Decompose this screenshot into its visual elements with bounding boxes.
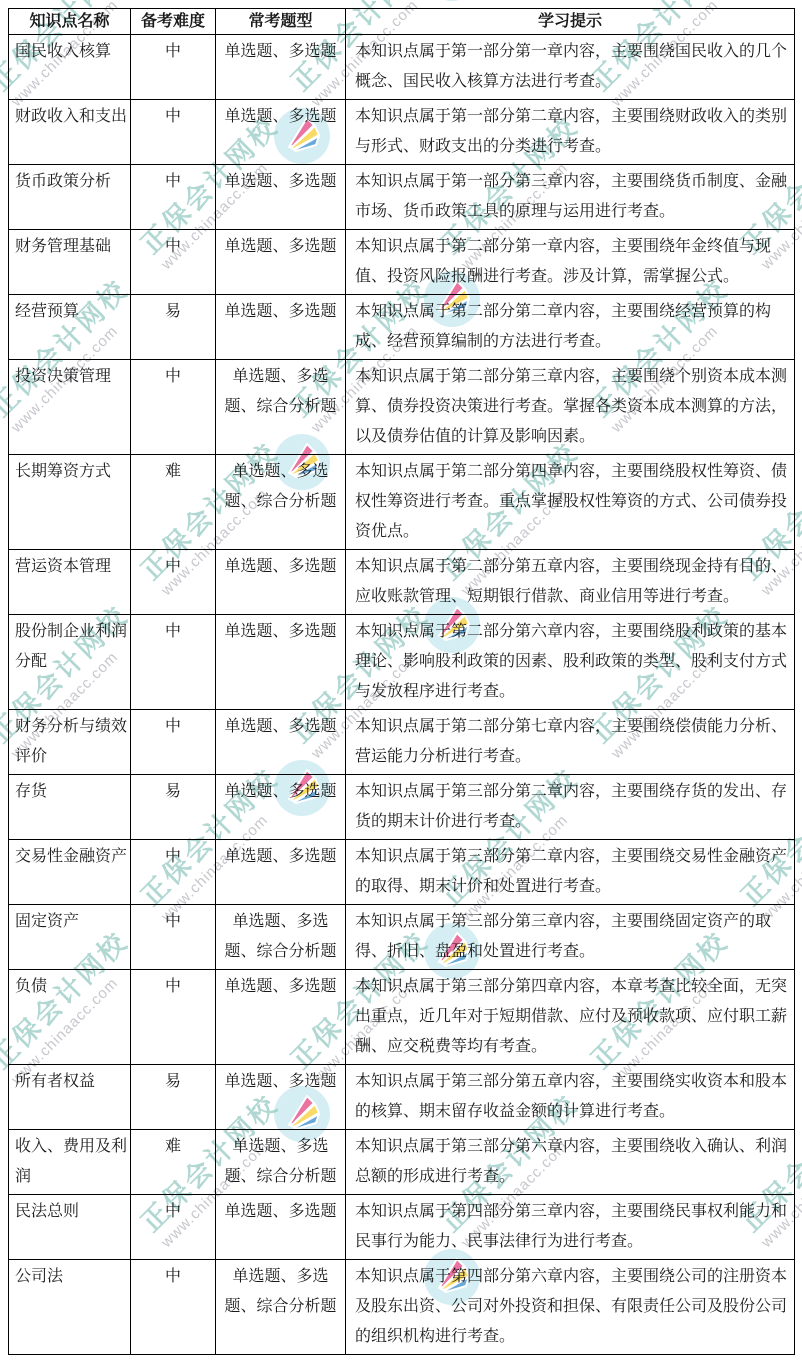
cell-question-types: 单选题、多选题 [216, 1195, 346, 1260]
cell-difficulty: 中 [131, 100, 216, 165]
table-row: 所有者权益 易 单选题、多选题 本知识点属于第三部分第五章内容，主要围绕实收资本… [9, 1065, 795, 1130]
table-row: 营运资本管理 中 单选题、多选题 本知识点属于第二部分第五章内容，主要围绕现金持… [9, 550, 795, 615]
cell-difficulty: 易 [131, 775, 216, 840]
column-header-difficulty: 备考难度 [131, 9, 216, 35]
cell-question-types: 单选题、多选题、综合分析题 [216, 905, 346, 970]
cell-difficulty: 中 [131, 1195, 216, 1260]
table-row: 财务管理基础 中 单选题、多选题 本知识点属于第二部分第一章内容，主要围绕年金终… [9, 230, 795, 295]
chinaacc-logo-icon [424, 0, 480, 6]
cell-knowledge-point: 国民收入核算 [9, 35, 131, 100]
cell-study-tips: 本知识点属于第二部分第四章内容，主要围绕股权性筹资、债权性筹资进行考查。重点掌握… [346, 455, 795, 550]
cell-study-tips: 本知识点属于第二部分第七章内容，主要围绕偿债能力分析、营运能力分析进行考查。 [346, 710, 795, 775]
cell-knowledge-point: 投资决策管理 [9, 360, 131, 455]
cell-difficulty: 难 [131, 1130, 216, 1195]
cell-question-types: 单选题、多选题 [216, 295, 346, 360]
cell-question-types: 单选题、多选题 [216, 710, 346, 775]
cell-difficulty: 难 [131, 455, 216, 550]
cell-difficulty: 易 [131, 1065, 216, 1130]
table-row: 民法总则 中 单选题、多选题 本知识点属于第四部分第三章内容，主要围绕民事权利能… [9, 1195, 795, 1260]
cell-difficulty: 中 [131, 35, 216, 100]
cell-study-tips: 本知识点属于第三部分第五章内容，主要围绕实收资本和股本的核算、期末留存收益金额的… [346, 1065, 795, 1130]
cell-knowledge-point: 所有者权益 [9, 1065, 131, 1130]
cell-question-types: 单选题、多选题 [216, 230, 346, 295]
cell-study-tips: 本知识点属于第四部分第六章内容，主要围绕公司的注册资本及股东出资、公司对外投资和… [346, 1260, 795, 1355]
cell-knowledge-point: 民法总则 [9, 1195, 131, 1260]
table-row: 财政收入和支出 中 单选题、多选题 本知识点属于第一部分第二章内容，主要围绕财政… [9, 100, 795, 165]
cell-knowledge-point: 营运资本管理 [9, 550, 131, 615]
cell-question-types: 单选题、多选题 [216, 840, 346, 905]
cell-question-types: 单选题、多选题 [216, 165, 346, 230]
table-row: 存货 易 单选题、多选题 本知识点属于第三部分第二章内容，主要围绕存货的发出、存… [9, 775, 795, 840]
cell-question-types: 单选题、多选题、综合分析题 [216, 455, 346, 550]
cell-knowledge-point: 经营预算 [9, 295, 131, 360]
cell-difficulty: 中 [131, 550, 216, 615]
cell-study-tips: 本知识点属于第三部分第六章内容，主要围绕收入确认、利润总额的形成进行考查。 [346, 1130, 795, 1195]
cell-study-tips: 本知识点属于第二部分第三章内容，主要围绕个别资本成本测算、债券投资决策进行考查。… [346, 360, 795, 455]
cell-knowledge-point: 财务管理基础 [9, 230, 131, 295]
cell-knowledge-point: 负债 [9, 970, 131, 1065]
cell-knowledge-point: 固定资产 [9, 905, 131, 970]
table-row: 国民收入核算 中 单选题、多选题 本知识点属于第一部分第一章内容，主要围绕国民收… [9, 35, 795, 100]
cell-study-tips: 本知识点属于第二部分第五章内容，主要围绕现金持有目的、应收账款管理、短期银行借款… [346, 550, 795, 615]
cell-question-types: 单选题、多选题 [216, 775, 346, 840]
column-header-study-tips: 学习提示 [346, 9, 795, 35]
cell-study-tips: 本知识点属于第二部分第一章内容，主要围绕年金终值与现值、投资风险报酬进行考查。涉… [346, 230, 795, 295]
cell-knowledge-point: 收入、费用及利润 [9, 1130, 131, 1195]
cell-knowledge-point: 存货 [9, 775, 131, 840]
cell-difficulty: 中 [131, 840, 216, 905]
table-row: 财务分析与绩效评价 中 单选题、多选题 本知识点属于第二部分第七章内容，主要围绕… [9, 710, 795, 775]
cell-difficulty: 中 [131, 360, 216, 455]
table-row: 负债 中 单选题、多选题 本知识点属于第三部分第四章内容，本章考查比较全面，无突… [9, 970, 795, 1065]
cell-study-tips: 本知识点属于第三部分第二章内容，主要围绕存货的发出、存货的期末计价进行考查。 [346, 775, 795, 840]
table-row: 经营预算 易 单选题、多选题 本知识点属于第二部分第二章内容，主要围绕经营预算的… [9, 295, 795, 360]
cell-difficulty: 中 [131, 710, 216, 775]
table-row: 长期筹资方式 难 单选题、多选题、综合分析题 本知识点属于第二部分第四章内容，主… [9, 455, 795, 550]
column-header-knowledge-point: 知识点名称 [9, 9, 131, 35]
cell-knowledge-point: 财务分析与绩效评价 [9, 710, 131, 775]
cell-difficulty: 中 [131, 970, 216, 1065]
cell-difficulty: 中 [131, 1260, 216, 1355]
cell-difficulty: 易 [131, 295, 216, 360]
cell-question-types: 单选题、多选题 [216, 100, 346, 165]
cell-study-tips: 本知识点属于第一部分第三章内容，主要围绕货币制度、金融市场、货币政策工具的原理与… [346, 165, 795, 230]
cell-study-tips: 本知识点属于第三部分第三章内容，主要围绕固定资产的取得、折旧、盘盈和处置进行考查… [346, 905, 795, 970]
cell-question-types: 单选题、多选题、综合分析题 [216, 360, 346, 455]
cell-study-tips: 本知识点属于第二部分第二章内容，主要围绕经营预算的构成、经营预算编制的方法进行考… [346, 295, 795, 360]
table-row: 收入、费用及利润 难 单选题、多选题、综合分析题 本知识点属于第三部分第六章内容… [9, 1130, 795, 1195]
table-row: 公司法 中 单选题、多选题、综合分析题 本知识点属于第四部分第六章内容，主要围绕… [9, 1260, 795, 1355]
cell-question-types: 单选题、多选题 [216, 970, 346, 1065]
cell-difficulty: 中 [131, 230, 216, 295]
cell-study-tips: 本知识点属于第一部分第一章内容，主要围绕国民收入的几个概念、国民收入核算方法进行… [346, 35, 795, 100]
cell-knowledge-point: 股份制企业利润分配 [9, 615, 131, 710]
column-header-question-types: 常考题型 [216, 9, 346, 35]
cell-study-tips: 本知识点属于第二部分第六章内容，主要围绕股利政策的基本理论、影响股利政策的因素、… [346, 615, 795, 710]
table-row: 股份制企业利润分配 中 单选题、多选题 本知识点属于第二部分第六章内容，主要围绕… [9, 615, 795, 710]
table-row: 固定资产 中 单选题、多选题、综合分析题 本知识点属于第三部分第三章内容，主要围… [9, 905, 795, 970]
cell-knowledge-point: 公司法 [9, 1260, 131, 1355]
cell-question-types: 单选题、多选题 [216, 615, 346, 710]
cell-knowledge-point: 交易性金融资产 [9, 840, 131, 905]
knowledge-table: 知识点名称 备考难度 常考题型 学习提示 国民收入核算 中 单选题、多选题 本知… [8, 8, 795, 1355]
cell-difficulty: 中 [131, 905, 216, 970]
cell-question-types: 单选题、多选题 [216, 35, 346, 100]
cell-study-tips: 本知识点属于第三部分第四章内容，本章考查比较全面，无突出重点，近几年对于短期借款… [346, 970, 795, 1065]
cell-study-tips: 本知识点属于第四部分第三章内容，主要围绕民事权利能力和民事行为能力、民事法律行为… [346, 1195, 795, 1260]
cell-question-types: 单选题、多选题 [216, 550, 346, 615]
cell-difficulty: 中 [131, 615, 216, 710]
cell-study-tips: 本知识点属于第一部分第二章内容，主要围绕财政收入的类别与形式、财政支出的分类进行… [346, 100, 795, 165]
table-row: 投资决策管理 中 单选题、多选题、综合分析题 本知识点属于第二部分第三章内容，主… [9, 360, 795, 455]
cell-question-types: 单选题、多选题、综合分析题 [216, 1130, 346, 1195]
cell-question-types: 单选题、多选题、综合分析题 [216, 1260, 346, 1355]
cell-study-tips: 本知识点属于第三部分第二章内容，主要围绕交易性金融资产的取得、期末计价和处置进行… [346, 840, 795, 905]
cell-difficulty: 中 [131, 165, 216, 230]
table-header-row: 知识点名称 备考难度 常考题型 学习提示 [9, 9, 795, 35]
cell-knowledge-point: 财政收入和支出 [9, 100, 131, 165]
table-row: 货币政策分析 中 单选题、多选题 本知识点属于第一部分第三章内容，主要围绕货币制… [9, 165, 795, 230]
table-row: 交易性金融资产 中 单选题、多选题 本知识点属于第三部分第二章内容，主要围绕交易… [9, 840, 795, 905]
cell-knowledge-point: 长期筹资方式 [9, 455, 131, 550]
cell-knowledge-point: 货币政策分析 [9, 165, 131, 230]
cell-question-types: 单选题、多选题 [216, 1065, 346, 1130]
